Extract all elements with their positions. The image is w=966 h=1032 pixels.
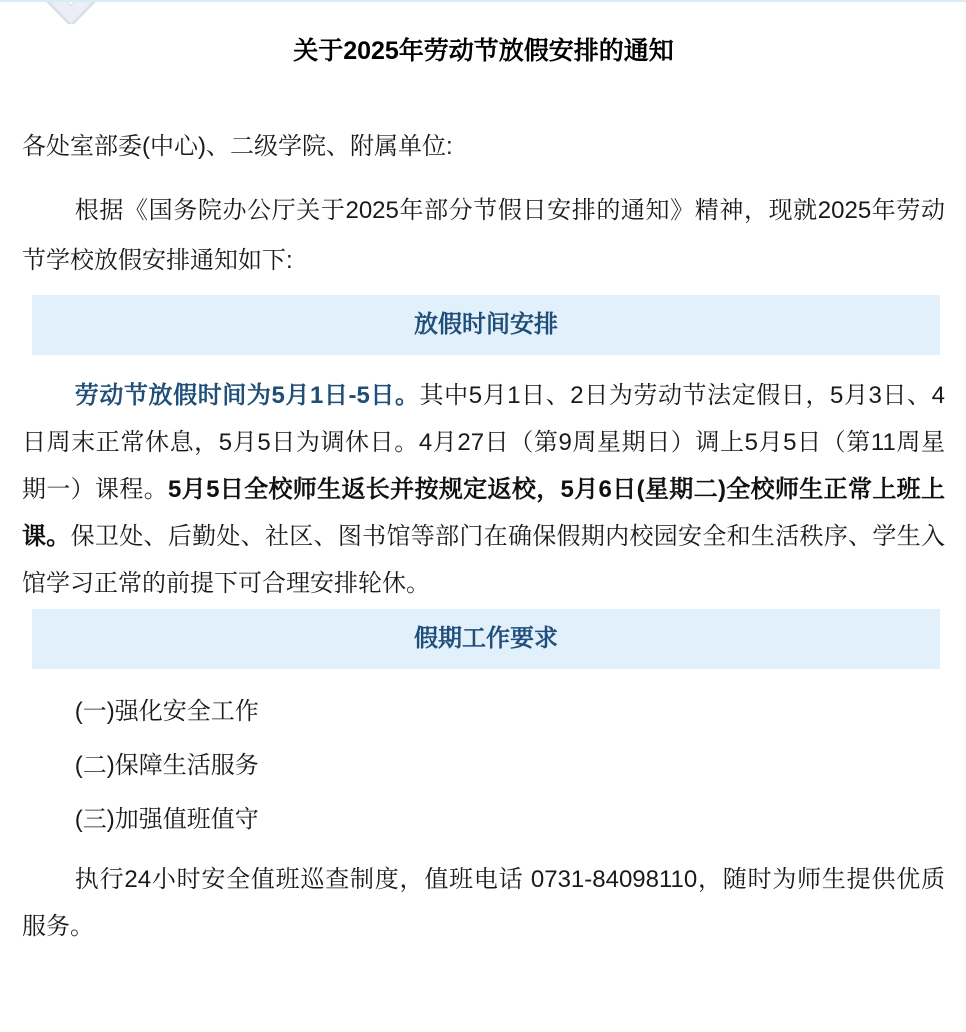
salutation-line: 各处室部委(中心)、二级学院、附属单位:	[22, 123, 945, 170]
holiday-detail-paragraph: 劳动节放假时间为5月1日-5日。其中5月1日、2日为劳动节法定假日，5月3日、4…	[22, 372, 945, 607]
requirement-item-1: (一)强化安全工作	[22, 688, 945, 735]
page-title: 关于2025年劳动节放假安排的通知	[22, 34, 945, 68]
section-heading-requirements-band: 假期工作要求	[32, 609, 940, 669]
top-accent-line	[0, 0, 966, 2]
requirement-item-2: (二)保障生活服务	[22, 742, 945, 789]
duty-phone-paragraph: 执行24小时安全值班巡查制度，值班电话 0731-84098110，随时为师生提…	[22, 856, 945, 950]
holiday-detail-text-2: 保卫处、后勤处、社区、图书馆等部门在确保假期内校园安全和生活秩序、学生入馆学习正…	[22, 523, 945, 597]
holiday-dates-highlight: 劳动节放假时间为5月1日-5日。	[75, 382, 420, 409]
section-heading-holiday: 放假时间安排	[414, 295, 558, 355]
notice-document: 关于2025年劳动节放假安排的通知 各处室部委(中心)、二级学院、附属单位: 根…	[0, 34, 966, 950]
section-heading-requirements: 假期工作要求	[414, 609, 558, 669]
requirement-item-3: (三)加强值班值守	[22, 796, 945, 843]
section-heading-holiday-band: 放假时间安排	[32, 295, 940, 355]
chevron-watermark-icon	[38, 0, 108, 24]
intro-paragraph: 根据《国务院办公厅关于2025年部分节假日安排的通知》精神，现就2025年劳动节…	[22, 186, 945, 286]
notice-page: { "page": { "title": "关于2025年劳动节放假安排的通知"…	[0, 0, 966, 1032]
